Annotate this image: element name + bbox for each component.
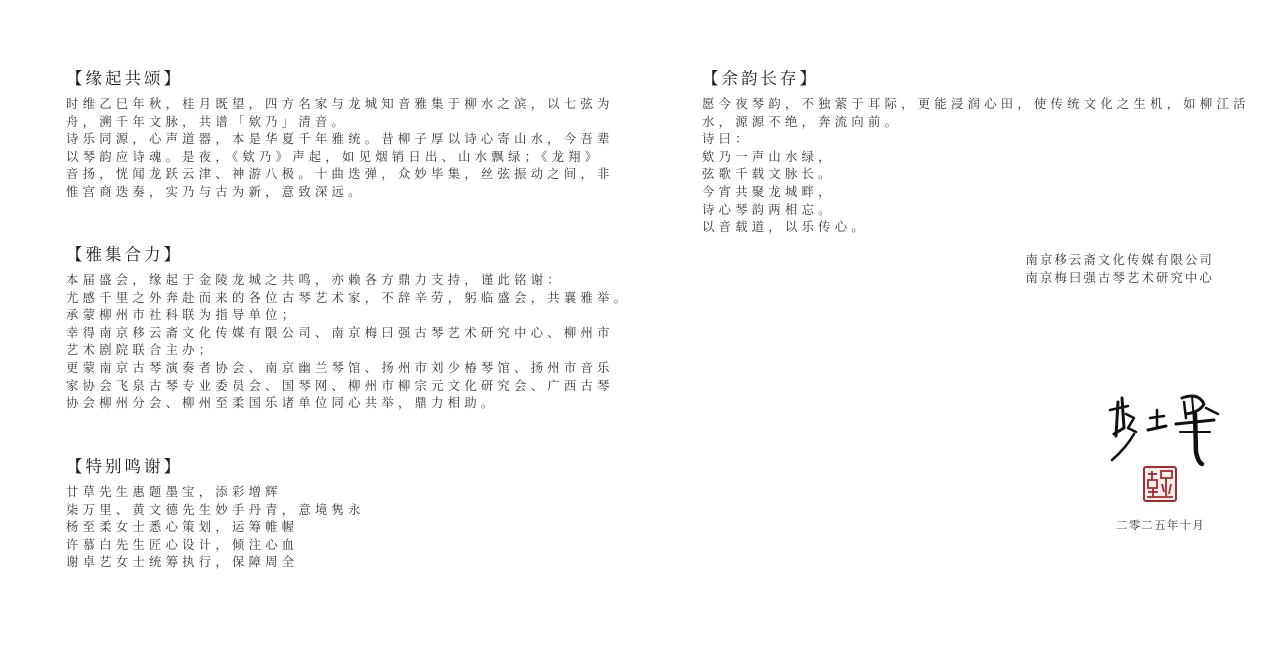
section-body: 廿草先生惠题墨宝，添彩增辉 柒万里、黄文德先生妙手丹青，意境隽永 杨至柔女士悉心… — [66, 484, 576, 572]
text-line: 时维乙巳年秋，桂月既望，四方名家与龙城知音雅集于柳水之滨，以七弦为 — [66, 96, 576, 114]
text-line: 本届盛会，缘起于金陵龙城之共鸣，亦赖各方鼎力支持，谨此铭谢： — [66, 272, 576, 290]
section-body: 时维乙巳年秋，桂月既望，四方名家与龙城知音雅集于柳水之滨，以七弦为 舟，溯千年文… — [66, 96, 576, 202]
text-line: 舟，溯千年文脉，共谱「欸乃」清音。 — [66, 114, 576, 132]
section-lingering-charm: 【余韵长存】 愿今夜琴韵，不独萦于耳际，更能浸润心田，使传统文化之生机，如柳江活… — [702, 68, 1214, 237]
organizers-list: 南京移云斋文化传媒有限公司 南京梅曰强古琴艺术研究中心 — [1026, 252, 1214, 287]
text-line: 尤感千里之外奔赴而来的各位古琴艺术家，不辞辛劳，躬临盛会，共襄雅举。 — [66, 290, 576, 308]
date-label: 二零二五年十月 — [1116, 517, 1205, 533]
section-heading: 【缘起共颂】 — [66, 68, 576, 90]
poem-line: 欸乃一声山水绿， — [702, 149, 1214, 167]
section-acknowledgements: 【特别鸣谢】 廿草先生惠题墨宝，添彩增辉 柒万里、黄文德先生妙手丹青，意境隽永 … — [66, 456, 576, 572]
organizer-name: 南京梅曰强古琴艺术研究中心 — [1026, 270, 1214, 288]
organizer-name: 南京移云斋文化传媒有限公司 — [1026, 252, 1214, 270]
text-line: 音扬，恍闻龙跃云津、神游八极。十曲迭弹，众妙毕集，丝弦振动之间，非 — [66, 166, 576, 184]
calligraphy-signature-icon — [1106, 388, 1224, 468]
text-line: 以音载道，以乐传心。 — [702, 219, 1214, 237]
text-line: 协会柳州分会、柳州至柔国乐诸单位同心共举，鼎力相助。 — [66, 395, 576, 413]
text-line: 承蒙柳州市社科联为指导单位； — [66, 307, 576, 325]
text-line: 幸得南京移云斋文化传媒有限公司、南京梅曰强古琴艺术研究中心、柳州市 — [66, 325, 576, 343]
text-line: 廿草先生惠题墨宝，添彩增辉 — [66, 484, 576, 502]
text-line: 以琴韵应诗魂。是夜，《欸乃》声起，如见烟销日出、山水飘绿；《龙翔》 — [66, 149, 576, 167]
text-line: 愿今夜琴韵，不独萦于耳际，更能浸润心田，使传统文化之生机，如柳江活 — [702, 96, 1214, 114]
text-line: 诗乐同源，心声道器，本是华夏千年雅统。昔柳子厚以诗心寄山水，今吾辈 — [66, 131, 576, 149]
text-line: 柒万里、黄文德先生妙手丹青，意境隽永 — [66, 502, 576, 520]
text-line: 更蒙南京古琴演奏者协会、南京幽兰琴馆、扬州市刘少椿琴馆、扬州市音乐 — [66, 360, 576, 378]
poem-line: 诗心琴韵两相忘。 — [702, 202, 1214, 220]
text-line: 家协会飞泉古琴专业委员会、国琴网、柳州市柳宗元文化研究会、广西古琴 — [66, 378, 576, 396]
poem-line: 今宵共聚龙城畔， — [702, 184, 1214, 202]
section-heading: 【雅集合力】 — [66, 244, 576, 266]
text-line: 艺术剧院联合主办； — [66, 342, 576, 360]
poem-line: 弦歌千载文脉长。 — [702, 166, 1214, 184]
text-line: 杨至柔女士悉心策划，运筹帷幄 — [66, 519, 576, 537]
section-heading: 【余韵长存】 — [702, 68, 1214, 90]
text-line: 谢卓艺女士统筹执行，保障周全 — [66, 554, 576, 572]
text-line: 惟宫商迭奏，实乃与古为新，意致深远。 — [66, 184, 576, 202]
red-seal-stamp-icon — [1143, 466, 1177, 502]
section-heading: 【特别鸣谢】 — [66, 456, 576, 478]
section-origin: 【缘起共颂】 时维乙巳年秋，桂月既望，四方名家与龙城知音雅集于柳水之滨，以七弦为… — [66, 68, 576, 202]
text-line: 水，源源不绝，奔流向前。 — [702, 114, 1214, 132]
right-column: 【余韵长存】 愿今夜琴韵，不独萦于耳际，更能浸润心田，使传统文化之生机，如柳江活… — [702, 0, 1214, 645]
section-gathering: 【雅集合力】 本届盛会，缘起于金陵龙城之共鸣，亦赖各方鼎力支持，谨此铭谢： 尤感… — [66, 244, 576, 413]
section-body: 愿今夜琴韵，不独萦于耳际，更能浸润心田，使传统文化之生机，如柳江活 水，源源不绝… — [702, 96, 1214, 237]
text-line: 许慕白先生匠心设计，倾注心血 — [66, 537, 576, 555]
section-body: 本届盛会，缘起于金陵龙城之共鸣，亦赖各方鼎力支持，谨此铭谢： 尤感千里之外奔赴而… — [66, 272, 576, 413]
text-line: 诗曰： — [702, 131, 1214, 149]
